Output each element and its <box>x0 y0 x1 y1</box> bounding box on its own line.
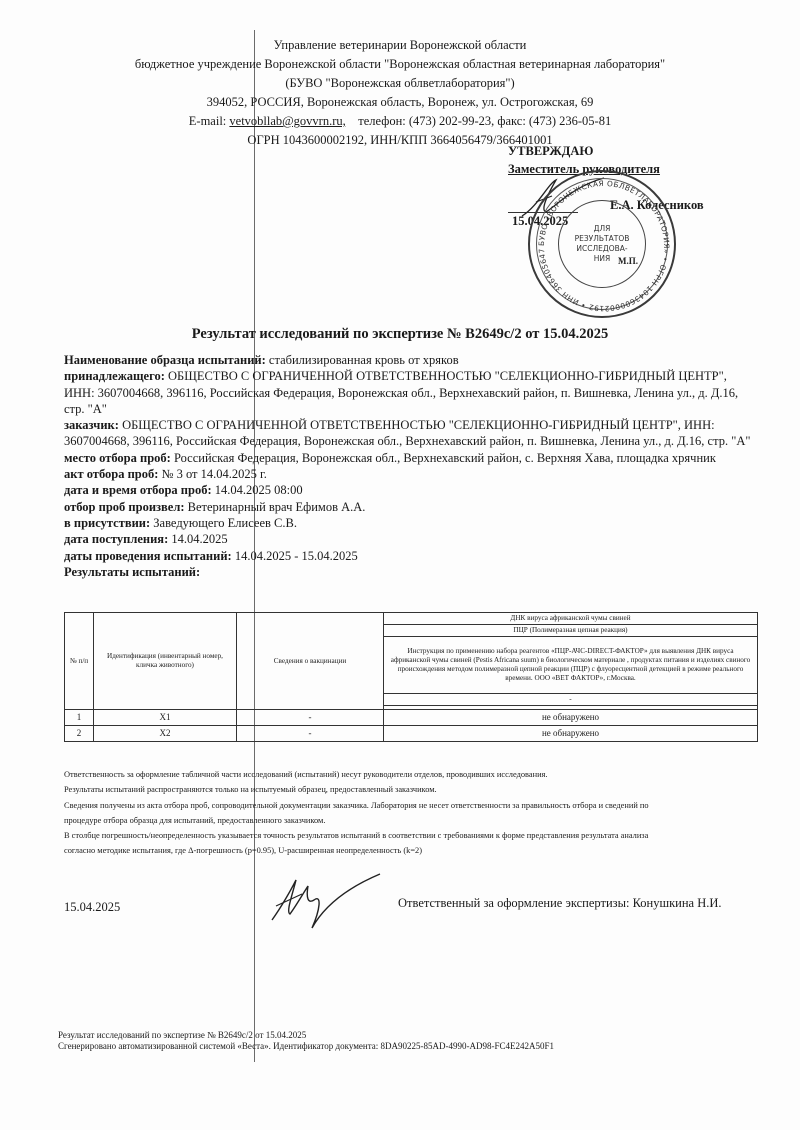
approval-title: УТВЕРЖДАЮ <box>508 142 660 160</box>
notes-section: Ответственность за оформление табличной … <box>64 767 764 859</box>
responsible-person: Ответственный за оформление экспертизы: … <box>398 896 722 911</box>
field-sampling-place: место отбора проб: Российская Федерация,… <box>64 450 754 466</box>
results-label: Результаты испытаний: <box>64 565 200 579</box>
cell-id: X2 <box>94 726 237 742</box>
official-stamp: БУВО «ВОРОНЕЖСКАЯ ОБЛВЕТЛАБОРАТОРИЯ» • О… <box>528 170 676 318</box>
table-row: 2 X2 - не обнаружено <box>65 726 758 742</box>
document-page: Управление ветеринарии Воронежской облас… <box>0 0 800 1130</box>
field-value: ОБЩЕСТВО С ОГРАНИЧЕННОЙ ОТВЕТСТВЕННОСТЬЮ… <box>64 418 750 448</box>
note-line: процедуре отбора образца для испытаний, … <box>64 813 764 828</box>
email-label: E-mail: <box>189 114 227 128</box>
generation-info: Результат исследований по экспертизе № В… <box>58 1030 554 1052</box>
field-sampler: отбор проб произвел: Ветеринарный врач Е… <box>64 499 754 515</box>
stamp-text-3: ИССЛЕДОВА- <box>576 244 627 254</box>
header-registration: ОГРН 1043600002192, ИНН/КПП 3664056479/3… <box>0 131 800 150</box>
header-vaccination: Сведения о вакцинации <box>237 613 384 710</box>
table-row: 1 X1 - не обнаружено <box>65 710 758 726</box>
field-value: Российская Федерация, Воронежская обл., … <box>171 451 716 465</box>
phone-fax: телефон: (473) 202-99-23, факс: (473) 23… <box>358 114 611 128</box>
responsible-signature-icon <box>262 870 382 930</box>
table-header-row-1: № п/п Идентификация (инвентарный номер, … <box>65 613 758 625</box>
generation-line-2: Сгенерировано автоматизированной системо… <box>58 1041 554 1052</box>
header-num: № п/п <box>65 613 94 710</box>
field-label: принадлежащего: <box>64 369 165 383</box>
field-label: отбор проб произвел: <box>64 500 185 514</box>
cell-vaccination: - <box>237 726 384 742</box>
header-line-3: (БУВО "Воронежская облветлаборатория") <box>0 74 800 93</box>
header-units: - <box>384 694 758 706</box>
stamp-text-2: РЕЗУЛЬТАТОВ <box>575 234 630 244</box>
field-customer: заказчик: ОБЩЕСТВО С ОГРАНИЧЕННОЙ ОТВЕТС… <box>64 417 754 450</box>
header-contacts: E-mail: vetvobllab@govvrn.ru, телефон: (… <box>0 112 800 131</box>
field-value: Ветеринарный врач Ефимов А.А. <box>185 500 366 514</box>
field-label: дата поступления: <box>64 532 168 546</box>
cell-id: X1 <box>94 710 237 726</box>
field-label: в присутствии: <box>64 516 150 530</box>
field-value: стабилизированная кровь от хряков <box>266 353 459 367</box>
cell-num: 1 <box>65 710 94 726</box>
results-heading: Результаты испытаний: <box>64 564 754 580</box>
document-title: Результат исследований по экспертизе № В… <box>0 326 800 343</box>
field-label: место отбора проб: <box>64 451 171 465</box>
results-table: № п/п Идентификация (инвентарный номер, … <box>64 612 758 742</box>
cell-vaccination: - <box>237 710 384 726</box>
field-test-dates: даты проведения испытаний: 14.04.2025 - … <box>64 548 754 564</box>
header-address: 394052, РОССИЯ, Воронежская область, Вор… <box>0 93 800 112</box>
header-line-2: бюджетное учреждение Воронежской области… <box>0 55 800 74</box>
cell-result: не обнаружено <box>384 710 758 726</box>
field-label: акт отбора проб: <box>64 467 158 481</box>
field-value: Заведующего Елисеев С.В. <box>150 516 297 530</box>
field-value: 14.04.2025 - 15.04.2025 <box>232 549 358 563</box>
field-value: 14.04.2025 08:00 <box>212 483 303 497</box>
stamp-mp-label: М.П. <box>618 256 638 266</box>
generation-line-1: Результат исследований по экспертизе № В… <box>58 1030 554 1041</box>
field-sample: Наименование образца испытаний: стабилиз… <box>64 352 754 368</box>
field-value: 14.04.2025 <box>168 532 227 546</box>
email-link[interactable]: vetvobllab@govvrn.ru, <box>229 114 345 128</box>
stamp-center: ДЛЯ РЕЗУЛЬТАТОВ ИССЛЕДОВА- НИЯ <box>558 200 646 288</box>
field-label: дата и время отбора проб: <box>64 483 212 497</box>
note-line: согласно методике испытания, где Δ-погре… <box>64 843 764 858</box>
field-owner: принадлежащего: ОБЩЕСТВО С ОГРАНИЧЕННОЙ … <box>64 368 754 417</box>
field-label: даты проведения испытаний: <box>64 549 232 563</box>
field-label: заказчик: <box>64 418 119 432</box>
cell-result: не обнаружено <box>384 726 758 742</box>
organization-header: Управление ветеринарии Воронежской облас… <box>0 36 800 150</box>
cell-num: 2 <box>65 726 94 742</box>
field-received-date: дата поступления: 14.04.2025 <box>64 531 754 547</box>
note-line: Сведения получены из акта отбора проб, с… <box>64 798 764 813</box>
header-instruction: Инструкция по применению набора реагенто… <box>384 637 758 694</box>
header-line-1: Управление ветеринарии Воронежской облас… <box>0 36 800 55</box>
header-identification: Идентификация (инвентарный номер, кличка… <box>94 613 237 710</box>
field-value: № 3 от 14.04.2025 г. <box>158 467 266 481</box>
field-sampling-act: акт отбора проб: № 3 от 14.04.2025 г. <box>64 466 754 482</box>
footer-date: 15.04.2025 <box>64 900 120 915</box>
field-value: ОБЩЕСТВО С ОГРАНИЧЕННОЙ ОТВЕТСТВЕННОСТЬЮ… <box>64 369 738 416</box>
note-line: Результаты испытаний распространяются то… <box>64 782 764 797</box>
stamp-text-4: НИЯ <box>594 254 610 264</box>
header-method: ПЦР (Полимеразная цепная реакция) <box>384 625 758 637</box>
field-presence: в присутствии: Заведующего Елисеев С.В. <box>64 515 754 531</box>
note-line: Ответственность за оформление табличной … <box>64 767 764 782</box>
stamp-text-1: ДЛЯ <box>594 224 611 234</box>
sample-details: Наименование образца испытаний: стабилиз… <box>64 352 754 580</box>
field-label: Наименование образца испытаний: <box>64 353 266 367</box>
field-sampling-datetime: дата и время отбора проб: 14.04.2025 08:… <box>64 482 754 498</box>
note-line: В столбце погрешность/неопределенность у… <box>64 828 764 843</box>
header-indicator: ДНК вируса африканской чумы свиней <box>384 613 758 625</box>
